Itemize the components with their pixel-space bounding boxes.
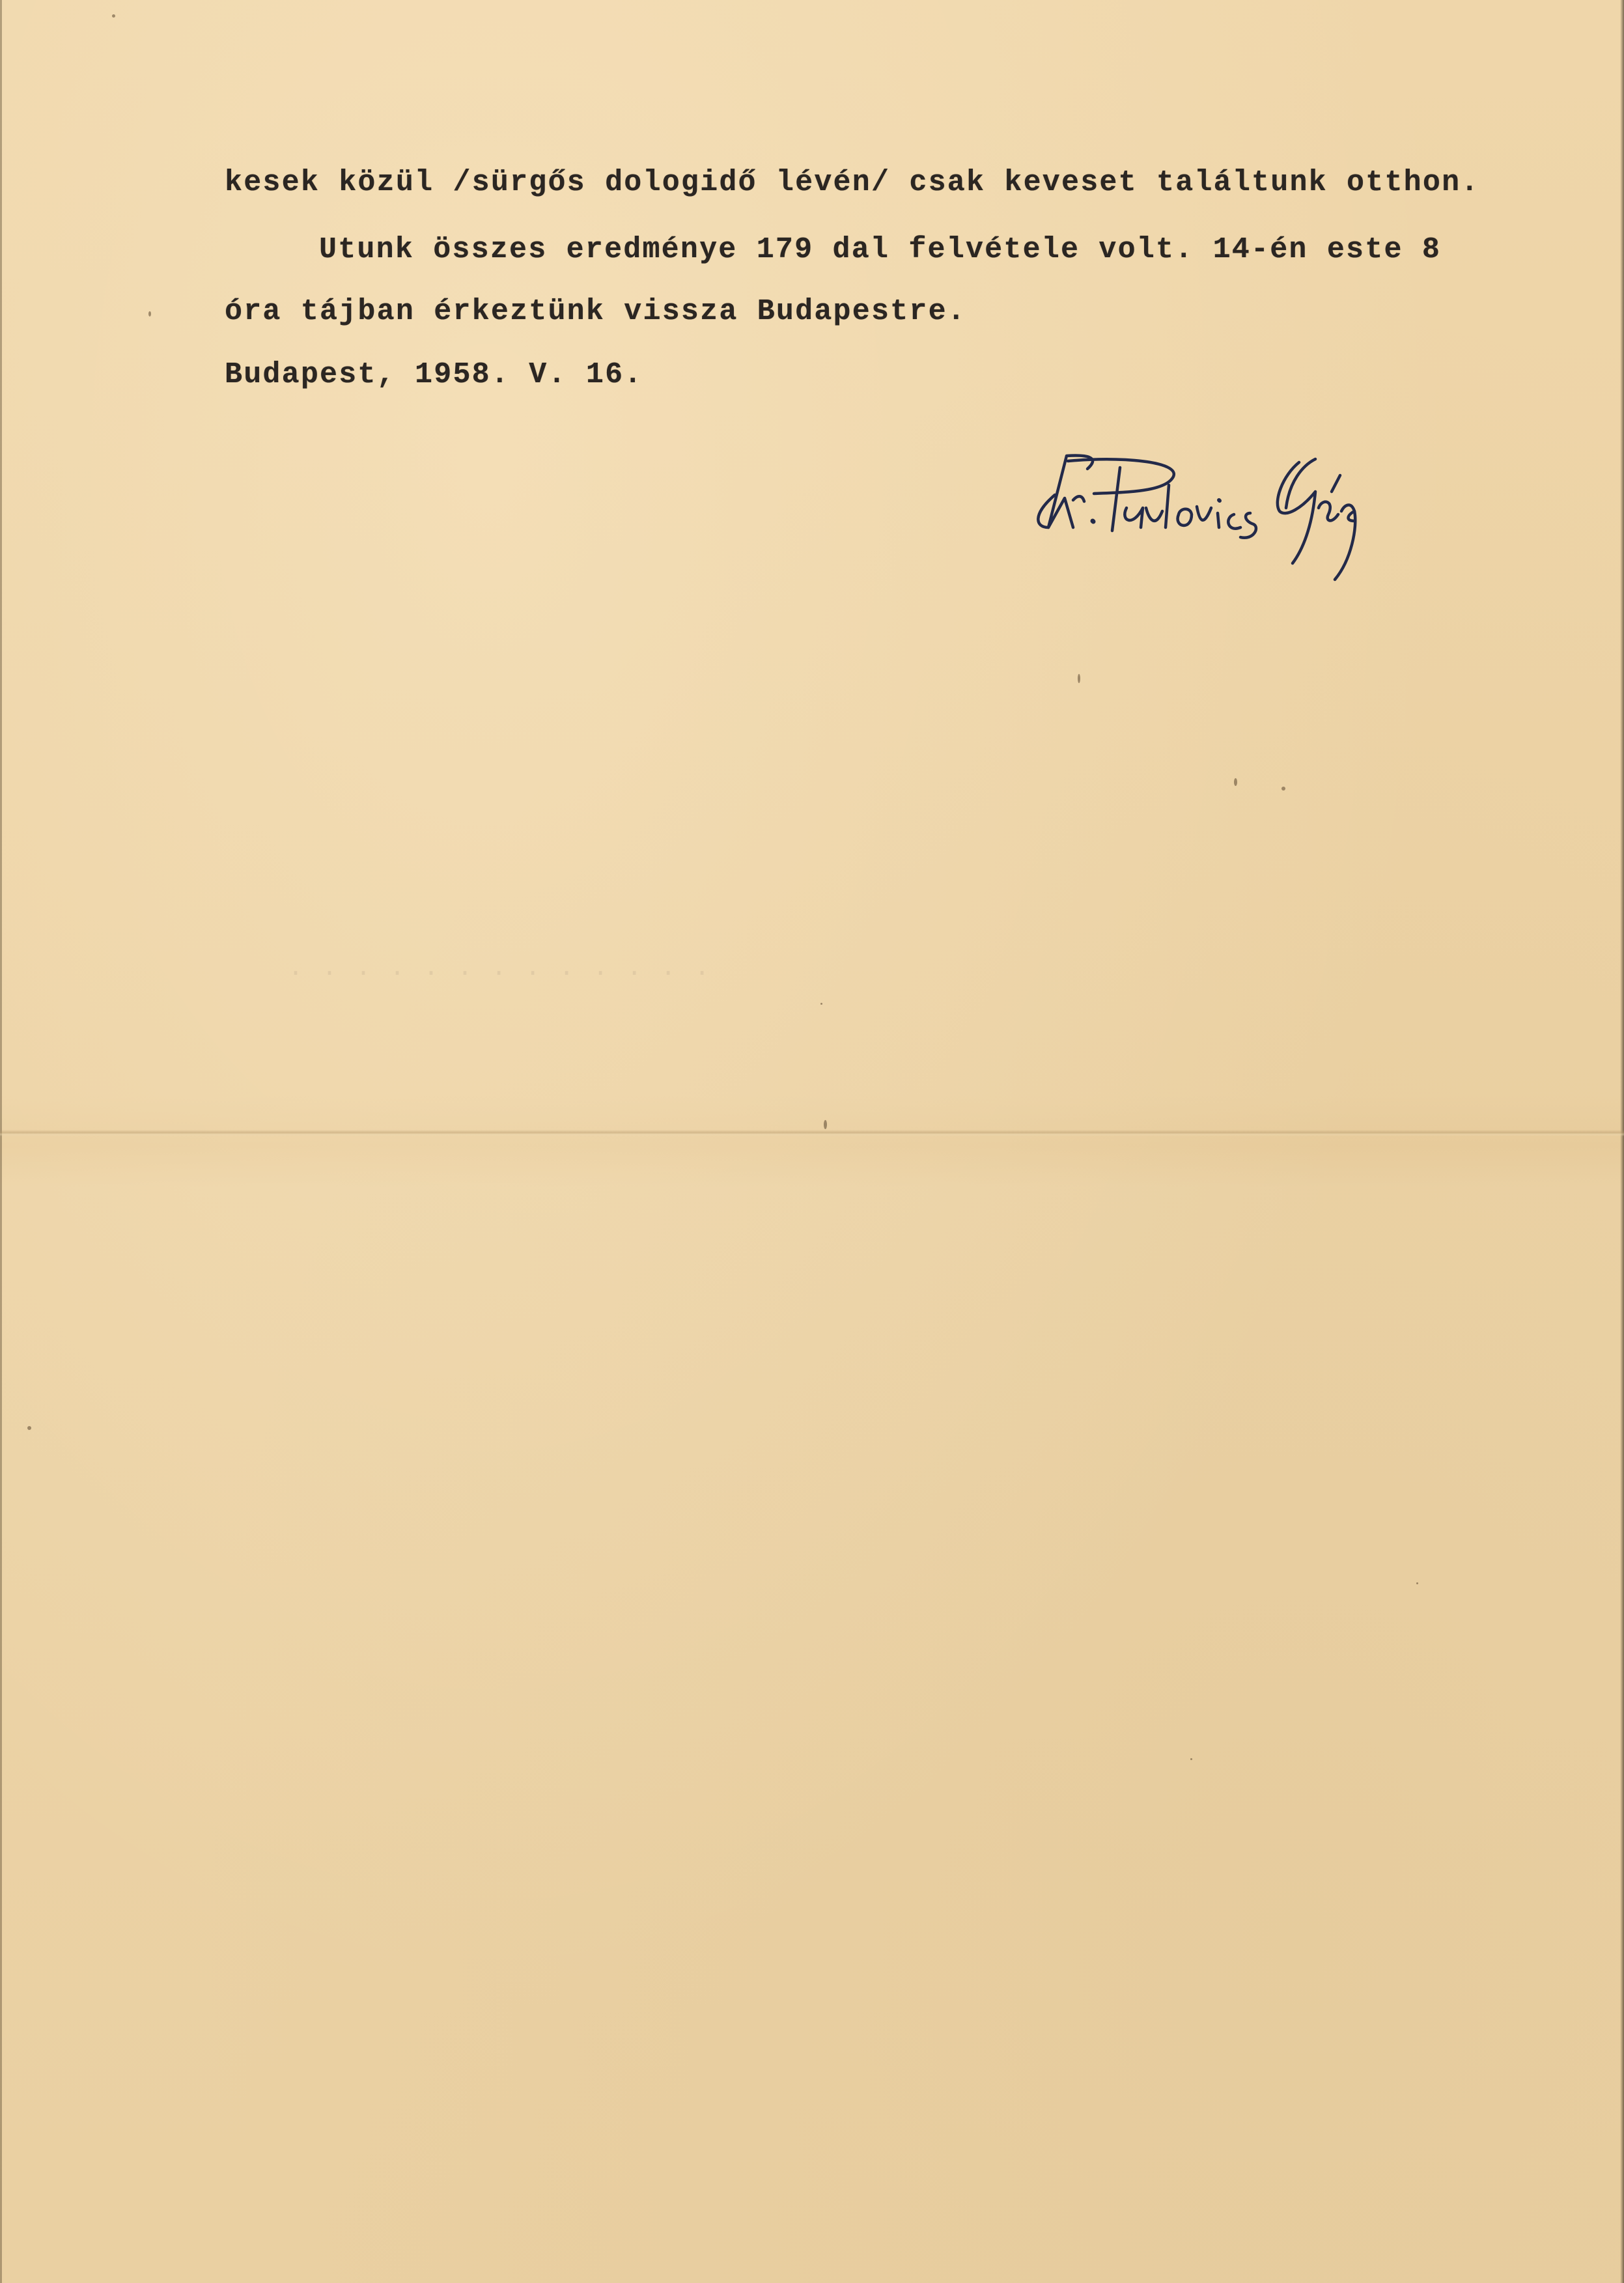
paper-speck xyxy=(1078,674,1080,683)
paper-speck xyxy=(824,1120,827,1129)
bleed-through-text: . . . . . . . . . . . . . xyxy=(287,954,710,983)
text-line-2: Utunk összes eredménye 179 dal felvétele… xyxy=(319,235,1441,264)
paper-speck xyxy=(1281,787,1285,791)
signature: Dr. Pávlovics Géza xyxy=(1029,430,1524,586)
paper-fold-line xyxy=(0,1130,1624,1136)
document-page: . . . . . . . . . . . . . kesek közül /s… xyxy=(0,0,1624,2283)
paper-speck xyxy=(1416,1582,1418,1584)
page-right-edge xyxy=(1620,0,1624,2283)
paper-speck xyxy=(148,311,151,316)
signature-ink-strokes xyxy=(1029,430,1524,586)
text-line-3: óra tájban érkeztünk vissza Budapestre. xyxy=(225,297,966,326)
paper-speck xyxy=(1190,1758,1192,1760)
paper-speck xyxy=(820,1003,822,1005)
paper-speck xyxy=(112,14,115,18)
text-line-1: kesek közül /sürgős dologidő lévén/ csak… xyxy=(225,168,1480,197)
page-left-edge xyxy=(0,0,2,2283)
place-and-date: Budapest, 1958. V. 16. xyxy=(225,360,643,389)
paper-speck xyxy=(27,1426,31,1430)
paper-speck xyxy=(1234,778,1237,786)
